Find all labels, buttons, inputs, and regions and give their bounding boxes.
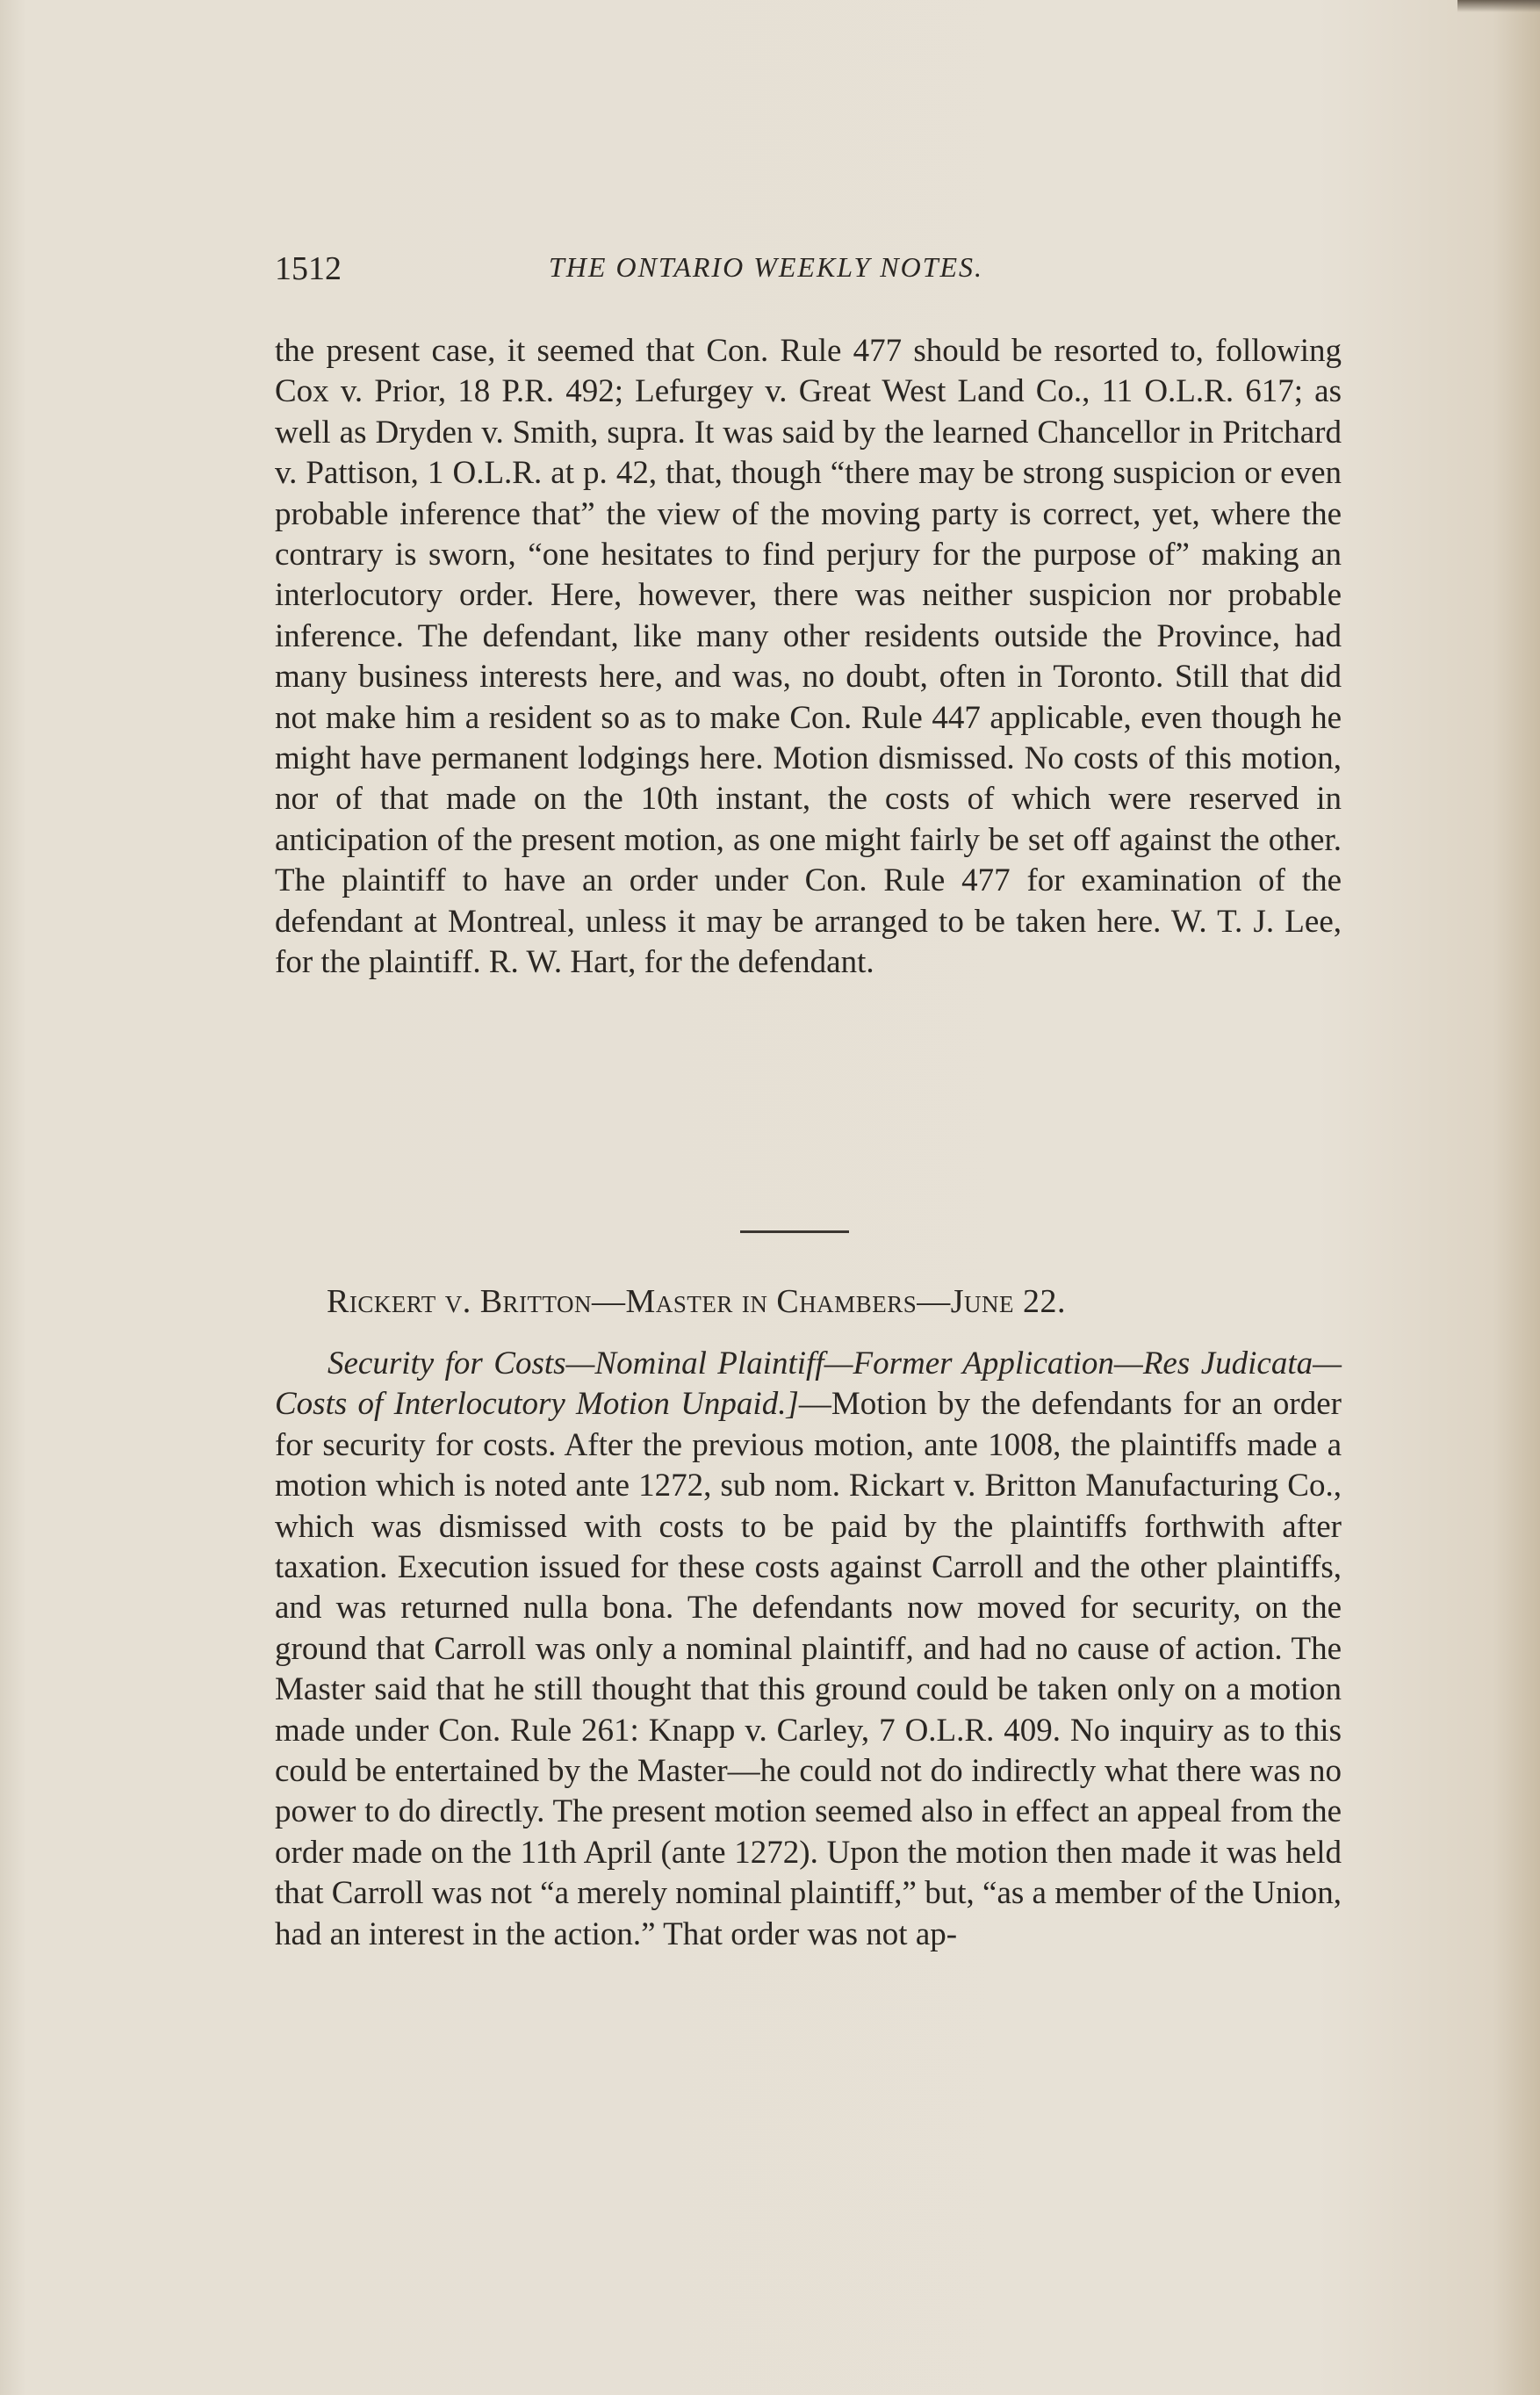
case-heading: Rickert v. Britton—Master in Chambers—Ju… <box>327 1282 1066 1321</box>
scanned-page: 1512 THE ONTARIO WEEKLY NOTES. the prese… <box>0 0 1540 2395</box>
case-report-paragraph: Security for Costs—Nominal Plaintiff—For… <box>275 1344 1342 1955</box>
journal-title: THE ONTARIO WEEKLY NOTES. <box>549 251 983 284</box>
case-report: Security for Costs—Nominal Plaintiff—For… <box>275 1344 1342 1955</box>
paragraph-text: the present case, it seemed that Con. Ru… <box>275 331 1342 984</box>
continued-paragraph: the present case, it seemed that Con. Ru… <box>275 331 1342 984</box>
case-body: —Motion by the defendants for an order f… <box>275 1386 1342 1951</box>
running-head: 1512 THE ONTARIO WEEKLY NOTES. <box>275 249 1153 285</box>
page-edge-shadow <box>1457 0 1540 12</box>
page-number: 1512 <box>275 249 342 288</box>
section-divider <box>740 1230 849 1233</box>
